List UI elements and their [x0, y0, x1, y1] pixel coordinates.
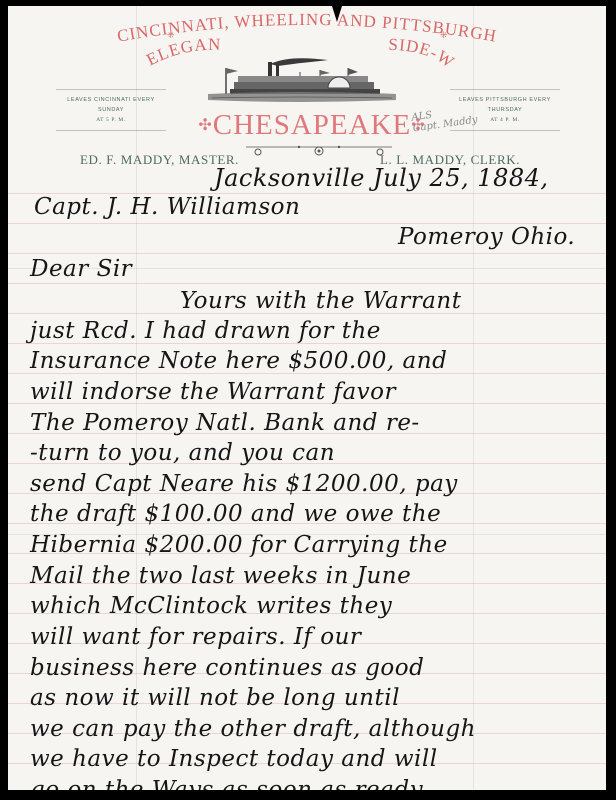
- salutation: Dear Sir: [30, 256, 132, 282]
- schedule-left-line1: LEAVES CINCINNATI EVERY SUNDAY: [56, 95, 166, 115]
- letter-line: just Rcd. I had drawn for the: [30, 318, 381, 344]
- letter-line: business here continues as good: [30, 655, 424, 681]
- flourish-divider-icon: [244, 142, 394, 160]
- recipient-place: Pomeroy Ohio.: [398, 224, 575, 250]
- letter-line: send Capt Neare his $1200.00, pay: [30, 471, 458, 497]
- dagger-ornament-left: ⁜: [167, 30, 175, 41]
- schedule-left: LEAVES CINCINNATI EVERY SUNDAY AT 5 P. M…: [56, 89, 166, 131]
- letter-line: as now it will not be long until: [30, 685, 400, 711]
- letter-line: we have to Inspect today and will: [30, 746, 438, 772]
- letter-line: the draft $100.00 and we owe the: [30, 501, 441, 527]
- steamboat-illustration-icon: [208, 54, 396, 104]
- ornament-left-icon: ✣: [198, 117, 212, 134]
- letter-line: which McClintock writes they: [30, 593, 392, 619]
- letter-line: will want for repairs. If our: [30, 624, 361, 650]
- letter-line: -turn to you, and you can: [30, 440, 335, 466]
- letter-line: The Pomeroy Natl. Bank and re-: [30, 410, 420, 436]
- schedule-left-time: AT 5 P. M.: [56, 115, 166, 125]
- letter-line: Yours with the Warrant: [180, 288, 461, 314]
- svg-text:ELEGANT ELECTRIC-LIGHT: ELEGANT ELECTRIC-LIGHT: [8, 6, 221, 66]
- letter-line: Insurance Note here $500.00, and: [30, 348, 447, 374]
- letter-line: go on the Ways as soon as ready: [30, 777, 423, 790]
- letter-line: we can pay the other draft, although: [30, 716, 476, 742]
- place-date: Jacksonville July 25, 1884,: [214, 164, 549, 192]
- boat-name: CHESAPEAKE: [213, 109, 412, 141]
- letter-page: CINCINNATI, WHEELING AND PITTSBURGH ELEG…: [8, 6, 606, 790]
- dagger-ornament-right: ⁜: [440, 30, 448, 41]
- letter-line: will indorse the Warrant favor: [30, 379, 396, 405]
- recipient: Capt. J. H. Williamson: [34, 194, 300, 220]
- boat-name-heading: ✣CHESAPEAKE✣: [176, 109, 448, 142]
- caption-left: ELEGANT ELECTRIC-LIGHT: [8, 6, 221, 66]
- letter-line: Hibernia $200.00 for Carrying the: [30, 532, 448, 558]
- letter-line: Mail the two last weeks in June: [30, 563, 411, 589]
